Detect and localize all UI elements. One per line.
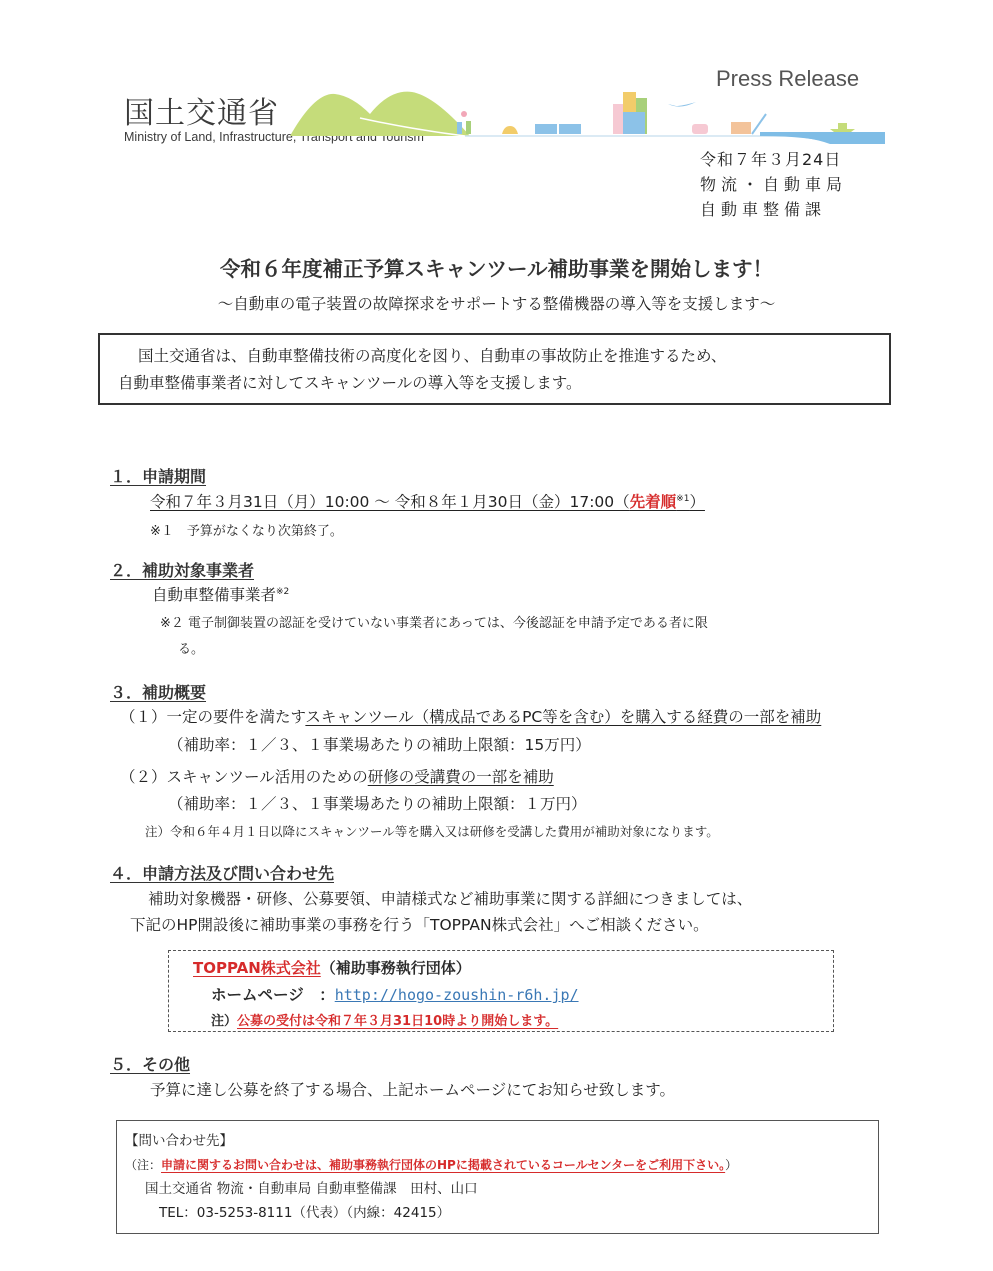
summary-line-1: 国土交通省は、自動車整備技術の高度化を図り、自動車の事故防止を推進するため、 [118,343,871,370]
acceptance-note: 公募の受付は令和７年３月31日10時より開始します。 [237,1014,558,1029]
contact-note-row: （注：申請に関するお問い合わせは、補助事務執行団体のHPに掲載されているコールセ… [125,1153,870,1177]
contractor-name: TOPPAN株式会社 [193,959,321,977]
section-2-heading: ２．補助対象事業者 [110,558,254,581]
section-4-line-2: 下記のHP開設後に補助事業の事務を行う「TOPPAN株式会社」へご相談ください。 [130,913,709,935]
summary-line-2: 自動車整備事業者に対してスキャンツールの導入等を支援します。 [118,370,871,397]
homepage-row: ホームページ ：http://hogo-zoushin-r6h.jp/ [193,983,809,1005]
contact-note-open: （注： [125,1158,161,1172]
section-1-note: ※１ 予算がなくなり次第終了。 [150,520,343,539]
ministry-logo-jp: 国土交通省 [124,88,279,132]
subsidy-item-2: （２）スキャンツール活用のための研修の受講費の一部を補助 [120,765,554,787]
section-5-text: 予算に達し公募を終了する場合、上記ホームページにてお知らせ致します。 [150,1078,675,1100]
contractor-info-box: TOPPAN株式会社（補助事務執行団体） ホームページ ：http://hogo… [168,950,834,1032]
page-title: 令和６年度補正予算スキャンツール補助事業を開始します！ [0,252,993,282]
contractor-row: TOPPAN株式会社（補助事務執行団体） [193,957,809,978]
period-close: ） [689,493,705,511]
release-date: 令和７年３月24日 [700,147,847,172]
subsidy-item-2-prefix: （２）スキャンツール活用のための [120,768,368,786]
first-come-label: 先着順 [630,493,677,511]
subsidy-item-1-prefix: （１）一定の要件を満たす [120,708,305,726]
section-4-heading: ４．申請方法及び問い合わせ先 [110,861,334,884]
subsidy-item-1: （１）一定の要件を満たすスキャンツール（構成品であるPC等を含む）を購入する経費… [120,705,821,727]
section-2-note-line-2: る。 [178,638,204,657]
subsidy-item-2-underlined: 研修の受講費の一部を補助 [368,768,554,786]
contractor-role: （補助事務執行団体） [321,959,471,977]
subsidy-item-1-underlined: スキャンツール（構成品であるPC等を含む）を購入する経費の一部を補助 [305,708,821,726]
section-5-heading: ５．その他 [110,1052,190,1075]
section-1-heading: １．申請期間 [110,464,206,487]
issuer-block: 令和７年３月24日 物流・自動車局 自動車整備課 [700,147,847,222]
contact-box: 【問い合わせ先】 （注：申請に関するお問い合わせは、補助事務執行団体のHPに掲載… [116,1120,879,1234]
header-illustration-icon [290,74,885,144]
subsidy-item-2-rate: （補助率：１／３、１事業場あたりの補助上限額：１万円） [168,792,587,814]
acceptance-note-row: 注）公募の受付は令和７年３月31日10時より開始します。 [193,1010,809,1029]
contact-office: 国土交通省 物流・自動車局 自動車整備課 田村、山口 [125,1177,870,1201]
subsidy-item-1-rate: （補助率：１／３、１事業場あたりの補助上限額：15万円） [168,733,591,755]
page-subtitle: ～自動車の電子装置の故障探求をサポートする整備機器の導入等を支援します～ [0,292,993,314]
contact-note: 申請に関するお問い合わせは、補助事務執行団体のHPに掲載されているコールセンター… [161,1158,725,1172]
section-2-note-line-1: ※２ 電子制御装置の認証を受けていない事業者にあっては、今後認証を申請予定である… [160,612,708,631]
homepage-link[interactable]: http://hogo-zoushin-r6h.jp/ [335,986,579,1004]
application-period: 令和７年３月31日（月）10:00 ～ 令和８年１月30日（金）17:00（先着… [150,490,705,512]
division-name: 自動車整備課 [700,197,847,222]
eligible-business: 自動車整備事業者※2 [152,583,289,605]
contact-tel: TEL：03-5253-8111（代表）（内線：42415） [125,1201,870,1225]
section-3-heading: ３．補助概要 [110,680,206,703]
note-mark-2: ※2 [276,587,289,597]
contact-heading: 【問い合わせ先】 [125,1129,870,1153]
note-mark-1: ※1 [676,494,689,504]
section-4-line-1: 補助対象機器・研修、公募要領、申請様式など補助事業に関する詳細につきましては、 [148,887,752,909]
summary-box: 国土交通省は、自動車整備技術の高度化を図り、自動車の事故防止を推進するため、 自… [98,333,891,405]
section-3-note: 注）令和６年４月１日以降にスキャンツール等を購入又は研修を受講した費用が補助対象… [145,822,719,840]
contact-note-close: ） [725,1158,737,1172]
bureau-name: 物流・自動車局 [700,172,847,197]
period-text: 令和７年３月31日（月）10:00 ～ 令和８年１月30日（金）17:00（ [150,493,630,511]
acceptance-note-prefix: 注） [211,1014,237,1029]
eligible-business-text: 自動車整備事業者 [152,586,276,604]
homepage-label: ホームページ ： [211,986,335,1004]
